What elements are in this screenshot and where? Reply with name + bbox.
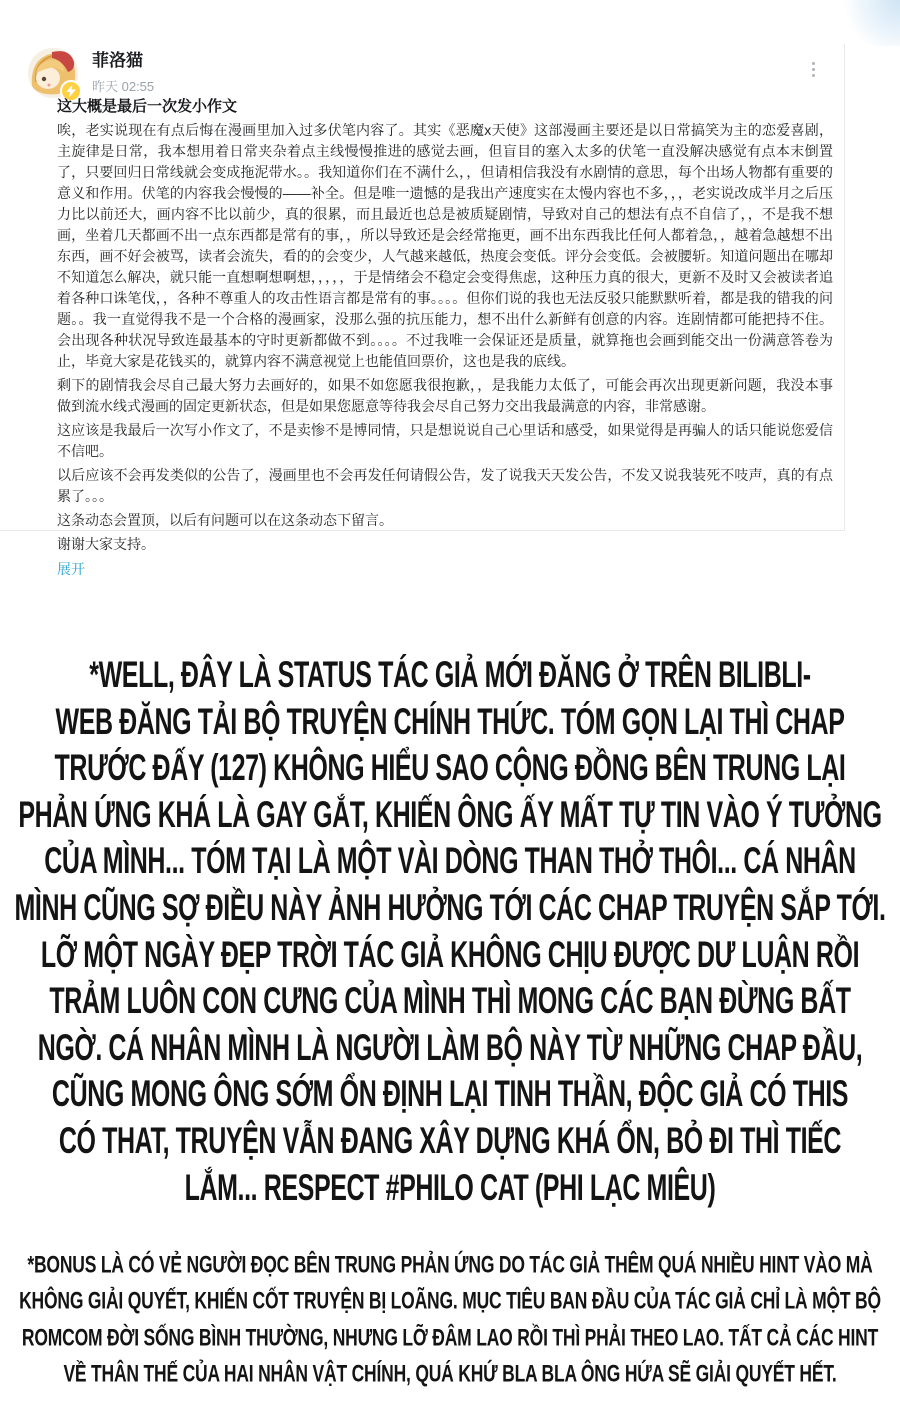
post-paragraph: 这条动态会置顶，以后有问题可以在这条动态下留言。 (57, 510, 833, 531)
post-paragraph: 剩下的剧情我会尽自己最大努力去画好的，如果不如您愿我很抱歉，，是我能力太低了，可… (57, 375, 833, 417)
avatar[interactable] (28, 48, 78, 98)
expand-link[interactable]: 展开 (57, 559, 85, 579)
author-block: 菲洛猫 昨天 02:55 (92, 50, 154, 95)
post-content: 这大概是最后一次发小作文 唉，老实说现在有点后悔在漫画里加入过多伏笔内容了。其实… (57, 96, 833, 579)
post-paragraph: 这应该是我最后一次写小作文了，不是卖惨不是博同情，只是想说说自己心里话和感受，如… (57, 420, 833, 462)
page-corner-decoration (844, 0, 900, 46)
post-paragraph: 以后应该不会再发类似的公告了，漫画里也不会再发任何请假公告，发了说我天天发公告，… (57, 465, 833, 507)
bonus-note: *BONUS LÀ CÓ VẺ NGƯỜI ĐỌC BÊN TRUNG PHẢN… (0, 1246, 900, 1392)
dynamic-post-card: 菲洛猫 昨天 02:55 这大概是最后一次发小作文 唉，老实说现在有点后悔在漫画… (0, 44, 845, 531)
translator-note-line: LẮM... RESPECT #PHILO CAT (PHI LẠC MIÊU) (0, 1153, 900, 1223)
author-name[interactable]: 菲洛猫 (92, 50, 154, 72)
translator-note: *WELL, ĐÂY LÀ STATUS TÁC GIẢ MỚI ĐĂNG Ở … (0, 652, 900, 1211)
page: 菲洛猫 昨天 02:55 这大概是最后一次发小作文 唉，老实说现在有点后悔在漫画… (0, 0, 900, 1417)
post-title: 这大概是最后一次发小作文 (57, 96, 833, 118)
bonus-note-line: VỀ THÂN THẾ CỦA HAI NHÂN VẬT CHÍNH, QUÁ … (0, 1348, 900, 1399)
post-paragraph: 唉，老实说现在有点后悔在漫画里加入过多伏笔内容了。其实《恶魔x天使》这部漫画主要… (57, 120, 833, 372)
post-paragraph: 谢谢大家支持。 (57, 534, 833, 555)
kebab-menu-icon[interactable] (804, 56, 822, 82)
post-body: 唉，老实说现在有点后悔在漫画里加入过多伏笔内容了。其实《恶魔x天使》这部漫画主要… (57, 120, 833, 555)
post-timestamp: 昨天 02:55 (92, 76, 154, 95)
